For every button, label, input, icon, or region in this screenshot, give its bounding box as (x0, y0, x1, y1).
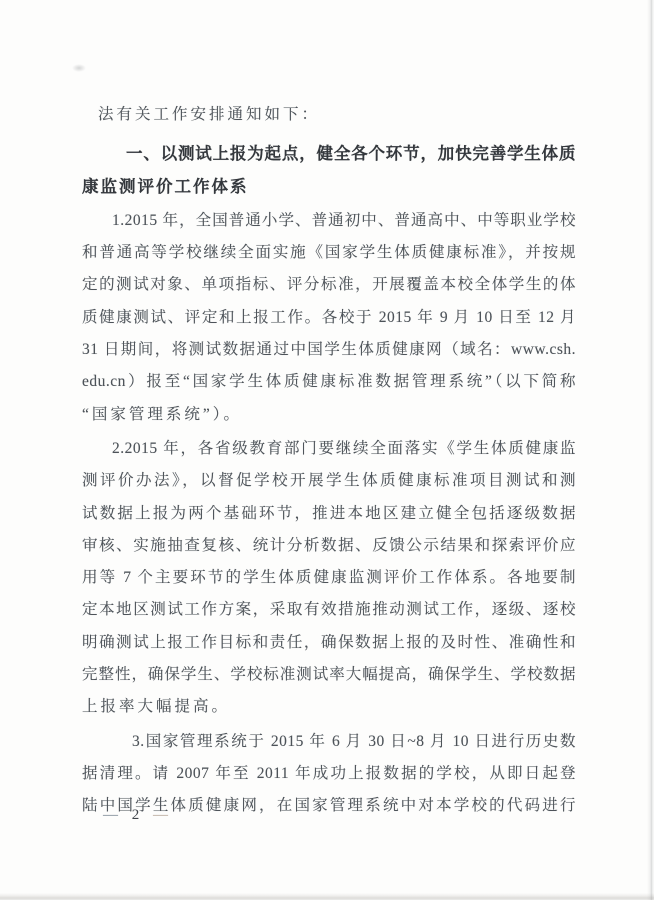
document-body: 法有关工作安排通知如下： 一、以测试上报为起点，健全各个环节，加快完善学生体质健… (82, 99, 576, 823)
footer-right-dash: — (153, 807, 172, 823)
section-heading-line-1: 一、以测试上报为起点，健全各个环节，加快完善学生体质健 (82, 138, 576, 170)
scan-edge-bottom (0, 893, 654, 900)
paragraph-2-line-9: 上报率大幅提高。 (82, 691, 576, 723)
scanned-document-page: 法有关工作安排通知如下： 一、以测试上报为起点，健全各个环节，加快完善学生体质健… (0, 0, 654, 900)
paragraph-2-line-2: 测评价办法》，以督促学校开展学生体质健康标准项目测试和测 (82, 465, 576, 497)
page-number: 2 (130, 807, 146, 823)
paragraph-1-line-5: 31 日期间，将测试数据通过中国学生体质健康网（域名：www.csh. (82, 334, 576, 366)
paragraph-2-line-1: 2.2015 年，各省级教育部门要继续全面落实《学生体质健康监 (82, 433, 576, 465)
paragraph-2-line-8: 完整性，确保学生、学校标准测试率大幅提高，确保学生、学校数据 (82, 659, 576, 691)
paragraph-1-line-7: “国家管理系统”）。 (82, 399, 576, 431)
paragraph-2-line-3: 试数据上报为两个基础环节，推进本地区建立健全包括逐级数据 (82, 498, 576, 530)
paragraph-2-line-6: 定本地区测试工作方案，采取有效措施推动测试工作，逐级、逐校 (82, 594, 576, 626)
paragraph-1-line-1: 1.2015 年，全国普通小学、普通初中、普通高中、中等职业学校 (82, 205, 576, 237)
section-heading-line-2: 康监测评价工作体系 (82, 171, 576, 203)
paragraph-1-line-4: 质健康测试、评定和上报工作。各校于 2015 年 9 月 10 日至 12 月 (82, 302, 576, 334)
page-number-footer: — 2 — (103, 807, 172, 824)
paragraph-1-line-3: 定的测试对象、单项指标、评分标准，开展覆盖本校全体学生的体 (82, 269, 576, 301)
footer-left-dash: — (103, 807, 122, 823)
paragraph-2-line-7: 明确测试上报工作目标和责任，确保数据上报的及时性、准确性和 (82, 627, 576, 659)
paragraph-1-line-2: 和普通高等学校继续全面实施《国家学生体质健康标准》，并按规 (82, 237, 576, 269)
paragraph-2-line-4: 审核、实施抽查复核、统计分析数据、反馈公示结果和探索评价应 (82, 530, 576, 562)
intro-continuation-line: 法有关工作安排通知如下： (82, 99, 576, 131)
scan-edge-right (647, 0, 654, 900)
paragraph-1-line-6: edu.cn）报至“国家学生体质健康标准数据管理系统”（以下简称 (82, 366, 576, 398)
paragraph-3-line-1: 3.国家管理系统于 2015 年 6 月 30 日~8 月 10 日进行历史数 (82, 726, 576, 758)
paragraph-2-line-5: 用等 7 个主要环节的学生体质健康监测评价工作体系。各地要制 (82, 562, 576, 594)
paragraph-3-line-2: 据清理。请 2007 年至 2011 年成功上报数据的学校，从即日起登 (82, 758, 576, 790)
scan-smudge-mark (72, 64, 86, 72)
